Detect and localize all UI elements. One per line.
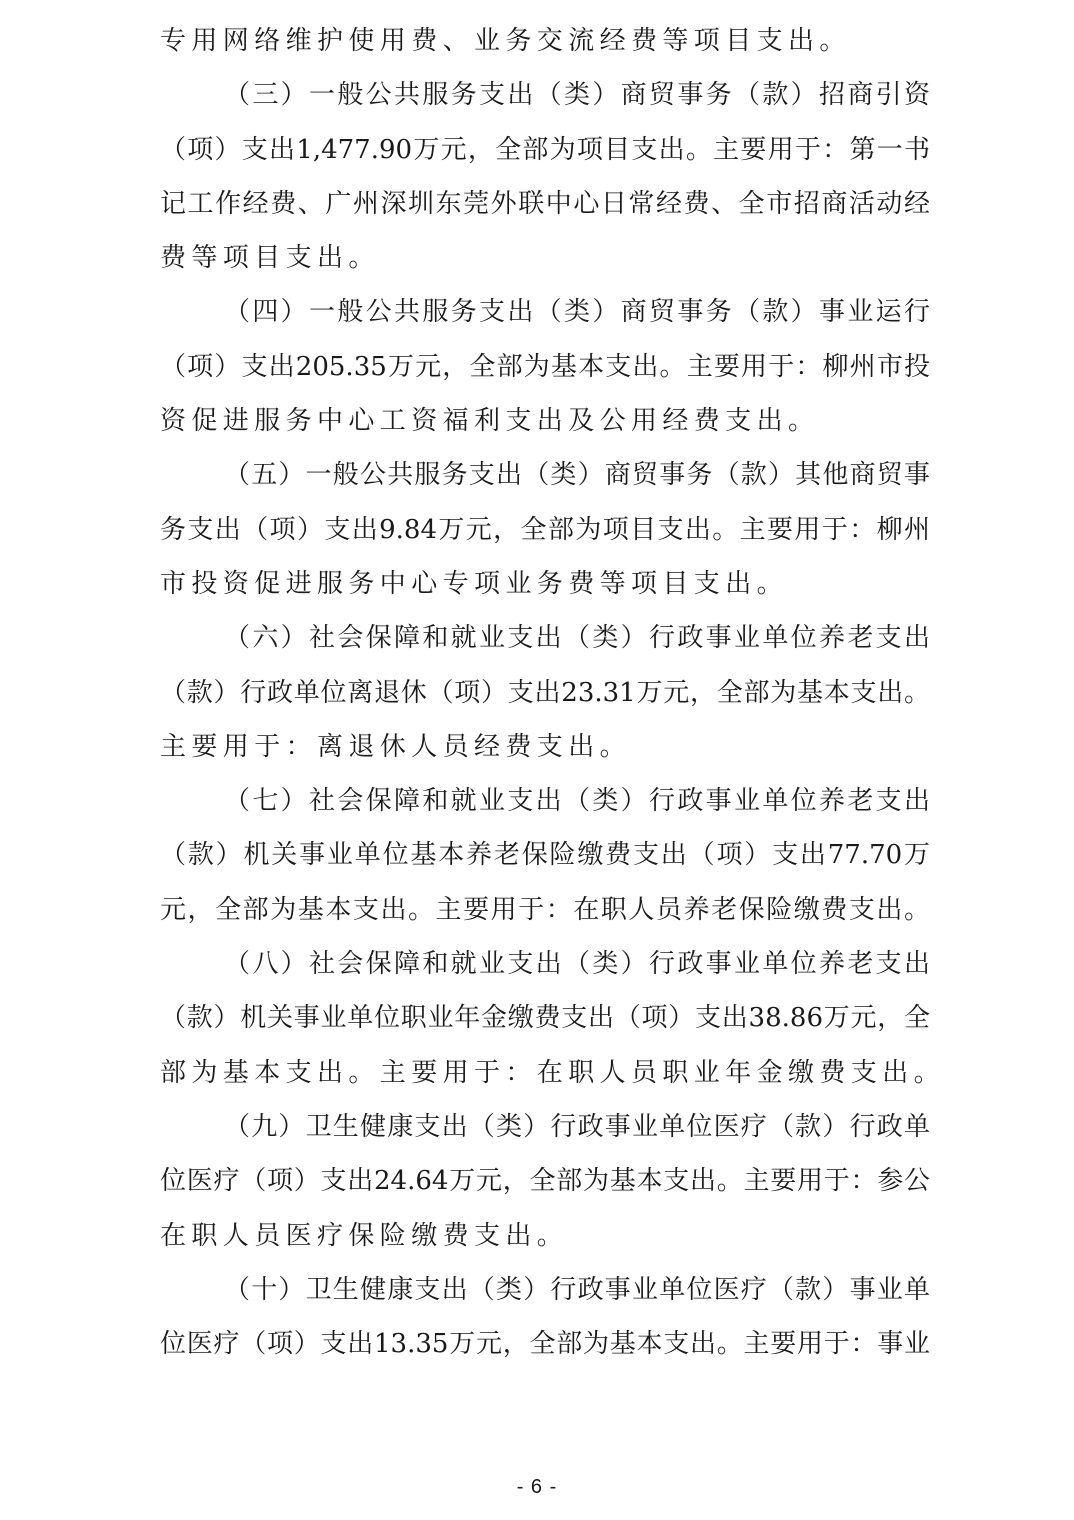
paragraph-line: （八）社会保障和就业支出（类）行政事业单位养老支出 bbox=[160, 937, 930, 991]
paragraph-line: 资促进服务中心工资福利支出及公用经费支出。 bbox=[160, 394, 930, 448]
paragraph-line: 记工作经费、广州深圳东莞外联中心日常经费、全市招商活动经 bbox=[160, 177, 930, 231]
paragraph-line: （九）卫生健康支出（类）行政事业单位医疗（款）行政单 bbox=[160, 1100, 930, 1154]
paragraph-line: 位医疗（项）支出24.64万元，全部为基本支出。主要用于：参公 bbox=[160, 1154, 930, 1208]
document-body: 专用网络维护使用费、业务交流经费等项目支出。 （三）一般公共服务支出（类）商贸事… bbox=[160, 14, 930, 1371]
paragraph-line: 元，全部为基本支出。主要用于：在职人员养老保险缴费支出。 bbox=[160, 883, 930, 937]
paragraph-line: （七）社会保障和就业支出（类）行政事业单位养老支出 bbox=[160, 774, 930, 828]
paragraph-line: 市投资促进服务中心专项业务费等项目支出。 bbox=[160, 557, 930, 611]
paragraph-line: （三）一般公共服务支出（类）商贸事务（款）招商引资 bbox=[160, 68, 930, 122]
paragraph-line: （五）一般公共服务支出（类）商贸事务（款）其他商贸事 bbox=[160, 448, 930, 502]
paragraph-line: 位医疗（项）支出13.35万元，全部为基本支出。主要用于：事业 bbox=[160, 1317, 930, 1371]
paragraph-line: 主要用于：离退休人员经费支出。 bbox=[160, 720, 930, 774]
paragraph-line: 费等项目支出。 bbox=[160, 231, 930, 285]
paragraph-line: （项）支出205.35万元，全部为基本支出。主要用于：柳州市投 bbox=[160, 340, 930, 394]
paragraph-line: 务支出（项）支出9.84万元，全部为项目支出。主要用于：柳州 bbox=[160, 503, 930, 557]
paragraph-line: 部为基本支出。主要用于：在职人员职业年金缴费支出。 bbox=[160, 1046, 930, 1100]
paragraph-line: （款）行政单位离退休（项）支出23.31万元，全部为基本支出。 bbox=[160, 666, 930, 720]
paragraph-line: （款）机关事业单位职业年金缴费支出（项）支出38.86万元，全 bbox=[160, 991, 930, 1045]
paragraph-line: （十）卫生健康支出（类）行政事业单位医疗（款）事业单 bbox=[160, 1263, 930, 1317]
paragraph-line: 在职人员医疗保险缴费支出。 bbox=[160, 1209, 930, 1263]
paragraph-line: （六）社会保障和就业支出（类）行政事业单位养老支出 bbox=[160, 611, 930, 665]
paragraph-line: （四）一般公共服务支出（类）商贸事务（款）事业运行 bbox=[160, 285, 930, 339]
paragraph-line: （项）支出1,477.90万元，全部为项目支出。主要用于：第一书 bbox=[160, 123, 930, 177]
page-number: - 6 - bbox=[0, 1476, 1074, 1499]
paragraph-line: （款）机关事业单位基本养老保险缴费支出（项）支出77.70万 bbox=[160, 828, 930, 882]
paragraph-line: 专用网络维护使用费、业务交流经费等项目支出。 bbox=[160, 14, 930, 68]
